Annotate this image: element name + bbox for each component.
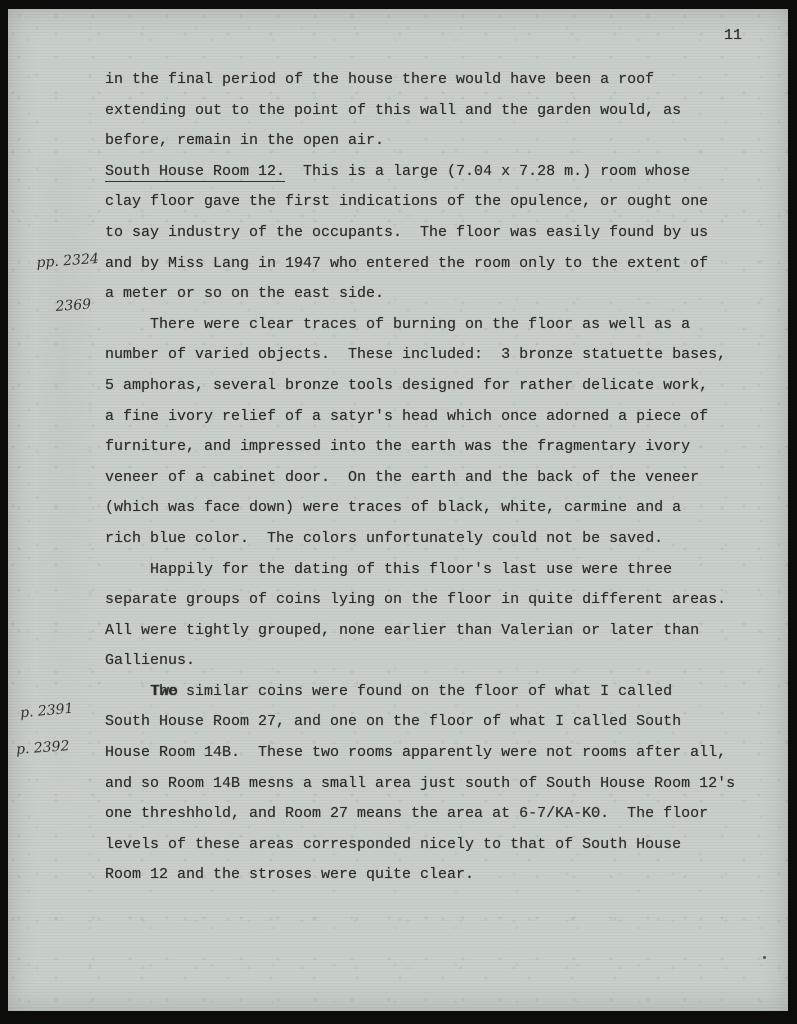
- typed-line: clay floor gave the first indications of…: [105, 187, 758, 218]
- typed-line: South House Room 27, and one on the floo…: [105, 707, 758, 738]
- typed-line: Room 12 and the stroses were quite clear…: [105, 860, 758, 891]
- overstrike-over-text: Two: [151, 677, 178, 708]
- typed-line: House Room 14B. These two rooms apparent…: [105, 738, 758, 769]
- margin-note-pages: pp. 2324 2369: [34, 219, 105, 348]
- typed-line: a fine ivory relief of a satyr's head wh…: [105, 402, 758, 433]
- scan-backdrop: 11 pp. 2324 2369 p. 2391 p. 2392 in the …: [0, 0, 797, 1024]
- typed-line: Happily for the dating of this floor's l…: [105, 555, 758, 586]
- typed-line-room12-heading: South House Room 12. This is a large (7.…: [105, 157, 758, 188]
- page-number: 11: [724, 27, 742, 44]
- typed-text-block: in the final period of the house there w…: [105, 65, 758, 891]
- ink-speck: [763, 956, 766, 959]
- overstrike-line-rest: similar coins were found on the floor of…: [177, 683, 672, 700]
- typed-line: before, remain in the open air.: [105, 126, 758, 157]
- typed-line: furniture, and impressed into the earth …: [105, 432, 758, 463]
- typed-line: separate groups of coins lying on the fl…: [105, 585, 758, 616]
- room12-heading-underlined: South House Room 12.: [105, 163, 285, 182]
- typed-line: (which was face down) were traces of bla…: [105, 493, 758, 524]
- typed-line-overstrike: TheTwo similar coins were found on the f…: [105, 677, 758, 708]
- document-page: 11 pp. 2324 2369 p. 2391 p. 2392 in the …: [8, 9, 788, 1011]
- typed-line: one threshhold, and Room 27 means the ar…: [105, 799, 758, 830]
- typed-line: a meter or so on the east side.: [105, 279, 758, 310]
- typed-line: to say industry of the occupants. The fl…: [105, 218, 758, 249]
- margin-note-line: 2369: [55, 296, 102, 315]
- margin-note-page-2391: p. 2391: [19, 701, 74, 722]
- margin-note-page-2392: p. 2392: [16, 738, 70, 758]
- typed-line: Gallienus.: [105, 646, 758, 677]
- overstruck-word: TheTwo: [150, 677, 177, 708]
- typed-line: rich blue color. The colors unfortunatel…: [105, 524, 758, 555]
- typed-line: levels of these areas corresponded nicel…: [105, 830, 758, 861]
- typed-line: 5 amphoras, several bronze tools designe…: [105, 371, 758, 402]
- room12-heading-rest: This is a large (7.04 x 7.28 m.) room wh…: [285, 163, 690, 180]
- typed-line: There were clear traces of burning on th…: [105, 310, 758, 341]
- typed-line: number of varied objects. These included…: [105, 340, 758, 371]
- margin-note-line: pp. 2324: [36, 251, 99, 271]
- paragraph-indent: [105, 683, 150, 700]
- typed-line: veneer of a cabinet door. On the earth a…: [105, 463, 758, 494]
- typed-line: and by Miss Lang in 1947 who entered the…: [105, 249, 758, 280]
- typed-line: and so Room 14B mesns a small area just …: [105, 769, 758, 800]
- typed-line: in the final period of the house there w…: [105, 65, 758, 96]
- typed-line: All were tightly grouped, none earlier t…: [105, 616, 758, 647]
- typed-line: extending out to the point of this wall …: [105, 96, 758, 127]
